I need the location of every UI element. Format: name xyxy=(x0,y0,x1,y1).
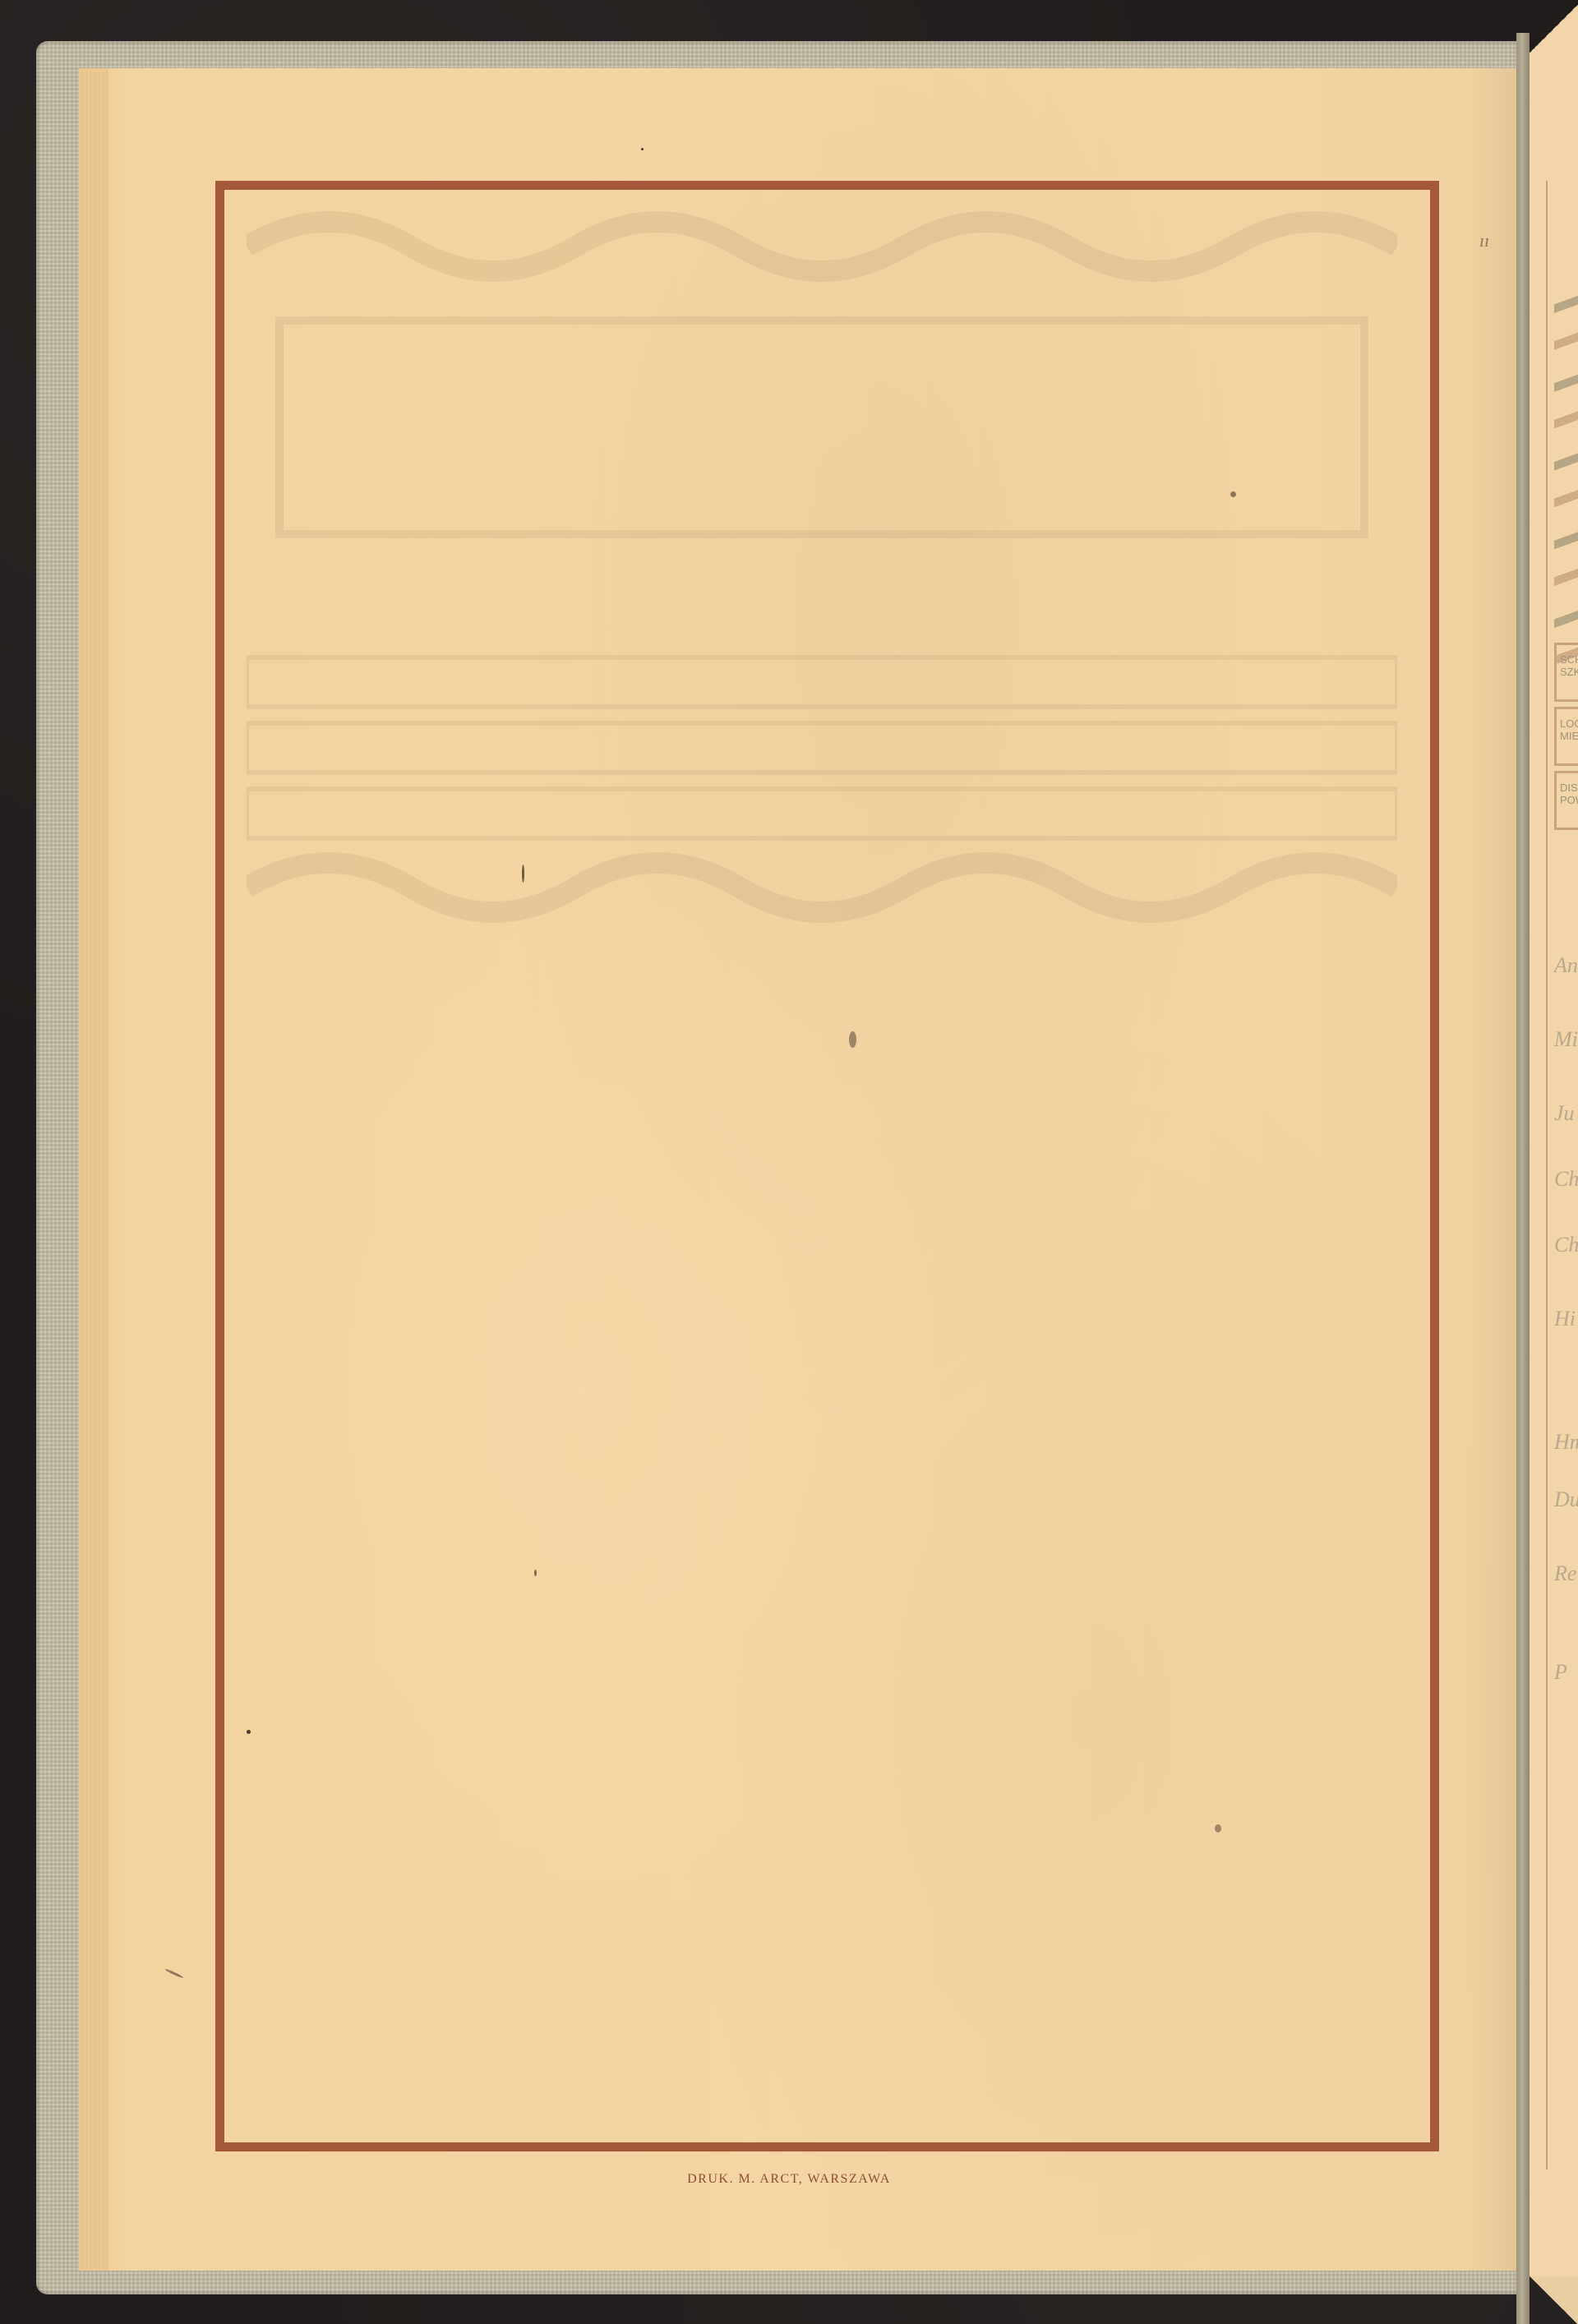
label-text: MIE xyxy=(1560,730,1578,742)
label-text: LOC xyxy=(1560,717,1578,730)
facing-page-ornament xyxy=(1554,271,1578,682)
label-text: DIST xyxy=(1560,782,1578,794)
handwritten-fragment: Hm xyxy=(1554,1430,1578,1455)
handwritten-fragment: Hi xyxy=(1554,1307,1576,1331)
book-spine-gutter xyxy=(1516,33,1530,2324)
label-text: POW xyxy=(1560,794,1578,806)
paper-speck xyxy=(849,1031,856,1048)
handwritten-fragment: Ch xyxy=(1554,1233,1578,1257)
paper-speck xyxy=(522,865,524,883)
paper-speck xyxy=(247,1730,251,1734)
handwritten-fragment: Ju xyxy=(1554,1101,1575,1126)
handwritten-fragment: Re xyxy=(1554,1561,1576,1586)
paper-speck xyxy=(641,148,644,150)
handwritten-fragment: Cha xyxy=(1554,1167,1578,1192)
facing-label-2: LOC MIE xyxy=(1554,707,1578,766)
handwritten-fragment: P xyxy=(1554,1660,1567,1685)
label-text: SCHO xyxy=(1560,653,1578,666)
printer-imprint: DRUK. M. ARCT, WARSZAWA xyxy=(0,2172,1578,2187)
facing-page-corner xyxy=(1530,0,1578,58)
paper-speck xyxy=(1230,491,1236,497)
paper-speck xyxy=(1215,1824,1221,1833)
facing-label-1: SCHO SZKO xyxy=(1554,643,1578,702)
facing-page-edge: SCHO SZKO LOC MIE DIST POW An Mi Ju Cha … xyxy=(1530,58,1578,2276)
handwritten-fragment: Du xyxy=(1554,1487,1578,1512)
handwritten-fragment: Mi xyxy=(1554,1027,1578,1052)
page-border-frame xyxy=(215,181,1439,2151)
facing-page-frame-line xyxy=(1546,181,1548,2170)
label-text: SZKO xyxy=(1560,666,1578,678)
facing-page-corner xyxy=(1530,2276,1578,2324)
gutter-pencil-mark: ıı xyxy=(1479,230,1489,251)
facing-label-3: DIST POW xyxy=(1554,771,1578,830)
handwritten-fragment: An xyxy=(1554,953,1578,978)
paper-speck xyxy=(534,1570,537,1576)
